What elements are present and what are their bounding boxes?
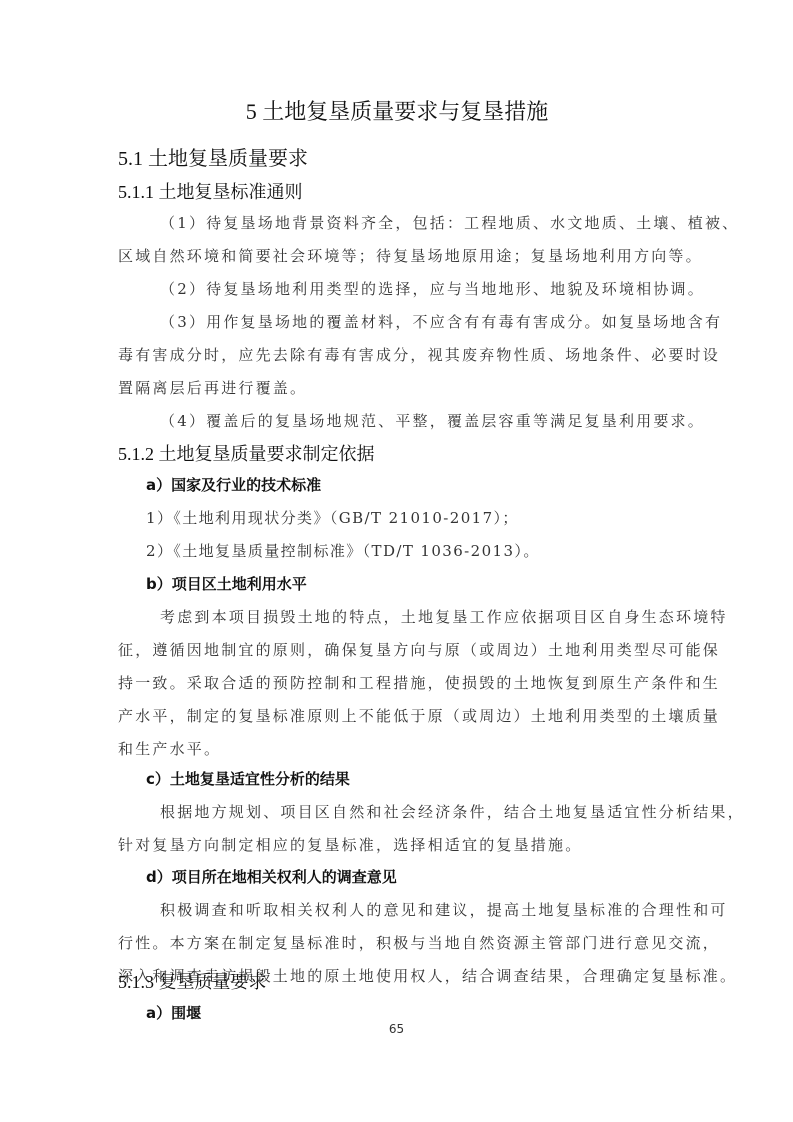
- paragraph-line: 和生产水平。: [118, 738, 678, 759]
- paragraph-line: 置隔离层后再进行覆盖。: [118, 377, 678, 398]
- subheading-d: d）项目所在地相关权利人的调查意见: [146, 866, 397, 887]
- paragraph-line: 行性。本方案在制定复垦标准时，积极与当地自然资源主管部门进行意见交流，: [118, 932, 678, 953]
- subheading-a: a）国家及行业的技术标准: [146, 474, 321, 495]
- paragraph-line: 产水平，制定的复垦标准原则上不能低于原（或周边）土地利用类型的土壤质量: [118, 705, 678, 726]
- paragraph-line: 征，遵循因地制宜的原则，确保复垦方向与原（或周边）土地利用类型尽可能保: [118, 639, 678, 660]
- section-heading-5-1-2: 5.1.2 土地复垦质量要求制定依据: [118, 440, 375, 466]
- paragraph-line: 积极调查和听取相关权利人的意见和建议，提高土地复垦标准的合理性和可: [160, 899, 680, 920]
- paragraph-line: 针对复垦方向制定相应的复垦标准，选择相适宜的复垦措施。: [118, 834, 678, 855]
- chapter-title: 5 土地复垦质量要求与复垦措施: [118, 95, 676, 126]
- section-heading-5-1-1: 5.1.1 土地复垦标准通则: [118, 178, 303, 204]
- section-heading-5-1-3: 5.1.3 复垦质量要求: [118, 968, 267, 994]
- reference-item: 2）《土地复垦质量控制标准》（TD/T 1036-2013）。: [146, 540, 540, 561]
- paragraph-line: 根据地方规划、项目区自然和社会经济条件，结合土地复垦适宜性分析结果，: [160, 801, 680, 822]
- paragraph-line: 考虑到本项目损毁土地的特点，土地复垦工作应依据项目区自身生态环境特: [160, 606, 680, 627]
- subheading-a-cofferdam: a）围堰: [146, 1002, 201, 1023]
- paragraph-line: （3）用作复垦场地的覆盖材料，不应含有有毒有害成分。如复垦场地含有: [160, 311, 680, 332]
- subheading-c: c）土地复垦适宜性分析的结果: [146, 768, 350, 789]
- paragraph-line: 持一致。采取合适的预防控制和工程措施，使损毁的土地恢复到原生产条件和生: [118, 672, 678, 693]
- reference-item: 1）《土地利用现状分类》（GB/T 21010-2017）；: [146, 507, 519, 528]
- page-number: 65: [0, 1022, 793, 1036]
- paragraph-line: 毒有害成分时，应先去除有毒有害成分，视其废弃物性质、场地条件、必要时设: [118, 344, 678, 365]
- section-heading-5-1: 5.1 土地复垦质量要求: [118, 142, 308, 171]
- paragraph-line: （1）待复垦场地背景资料齐全，包括：工程地质、水文地质、土壤、植被、: [160, 212, 680, 233]
- paragraph-line: （2）待复垦场地利用类型的选择，应与当地地形、地貌及环境相协调。: [160, 278, 680, 299]
- subheading-b: b）项目区土地利用水平: [146, 573, 307, 594]
- paragraph-line: 区域自然环境和简要社会环境等；待复垦场地原用途；复垦场地利用方向等。: [118, 245, 678, 266]
- paragraph-line: （4）覆盖后的复垦场地规范、平整，覆盖层容重等满足复垦利用要求。: [160, 410, 680, 431]
